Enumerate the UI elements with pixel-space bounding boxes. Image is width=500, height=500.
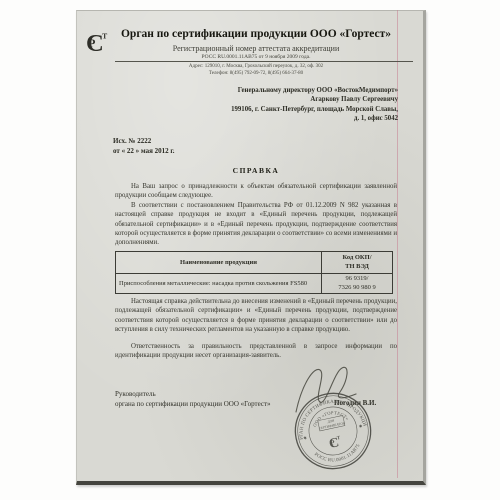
table-header-code-line1: Код ОКП/ [325,254,389,263]
svg-text:Т: Т [102,31,107,40]
signatory-role-line2: органа по сертификации продукции ООО «Го… [115,399,271,409]
product-name-cell: Приспособления металлические: насадка пр… [116,274,322,294]
outgoing-date: от « 22 » мая 2012 г. [113,146,175,156]
svg-text:Р: Р [88,36,95,50]
stamp-star-left: ✱ [303,435,308,441]
body-paragraph-3: Настоящая справка действительна до внесе… [115,297,397,334]
table-header-code: Код ОКП/ ТН ВЭД [322,252,393,274]
accreditation-label: Регистрационный номер аттестата аккредит… [112,44,400,53]
org-phone: Телефон: 8(495) 792-09-72, 8(495) 664-37… [112,71,400,76]
org-title: Орган по сертификации продукции ООО «Гор… [112,28,400,41]
addressee-line: 199106, г. Санкт-Петербург, площадь Морс… [140,105,398,114]
addressee-block: Генеральному директору ООО «ВостокМедимп… [140,86,398,124]
addressee-line: Агаркову Павлу Сергеевичу [140,95,398,104]
scanned-certificate-page: С Р Т Орган по сертификации продукции ОО… [0,0,500,500]
paper-sheet [76,10,426,485]
product-code-cell: 96 9319/ 7326 90 980 9 [322,274,393,294]
signatory-role-line1: Руководитель [115,389,271,399]
letterhead-rule [115,61,413,62]
body-paragraph-1: На Ваш запрос о принадлежности к объекта… [115,182,397,201]
signatory-role: Руководитель органа по сертификации прод… [115,389,271,409]
rst-certification-mark-icon: С Р Т [80,25,114,57]
svg-text:Т: Т [337,436,342,442]
org-address: Адрес: 129010, г. Москва, Грохольский пе… [112,64,400,69]
accreditation-number: РОСС RU.0001.11АВ75 от 9 ноября 2009 год… [112,54,400,60]
addressee-line: д. 1, офис 5042 [140,114,398,123]
scan-margin-line [397,10,398,478]
product-table: Наименование продукции Код ОКП/ ТН ВЭД П… [115,251,393,294]
table-header-row: Наименование продукции Код ОКП/ ТН ВЭД [116,252,393,274]
reference-block: Исх. № 2222 от « 22 » мая 2012 г. [113,136,175,156]
outgoing-number: Исх. № 2222 [113,136,175,146]
addressee-line: Генеральному директору ООО «ВостокМедимп… [140,86,398,95]
document-title: СПРАВКА [115,166,397,175]
table-header-name: Наименование продукции [116,252,322,274]
round-stamp: ОРГАН ПО СЕРТИФИКАЦИИ ПРОДУКЦИИ РОСС RU.… [286,384,381,479]
product-code-line1: 96 9319/ [325,275,389,284]
body-paragraph-2: В соответствии с постановлением Правител… [115,201,397,247]
product-code-line2: 7326 90 980 9 [325,284,389,293]
body-paragraph-4: Ответственность за правильность представ… [115,342,397,361]
table-row: Приспособления металлические: насадка пр… [116,274,393,294]
table-header-code-line2: ТН ВЭД [325,263,389,272]
stamp-rst-logo-icon: С Р Т [328,434,344,451]
